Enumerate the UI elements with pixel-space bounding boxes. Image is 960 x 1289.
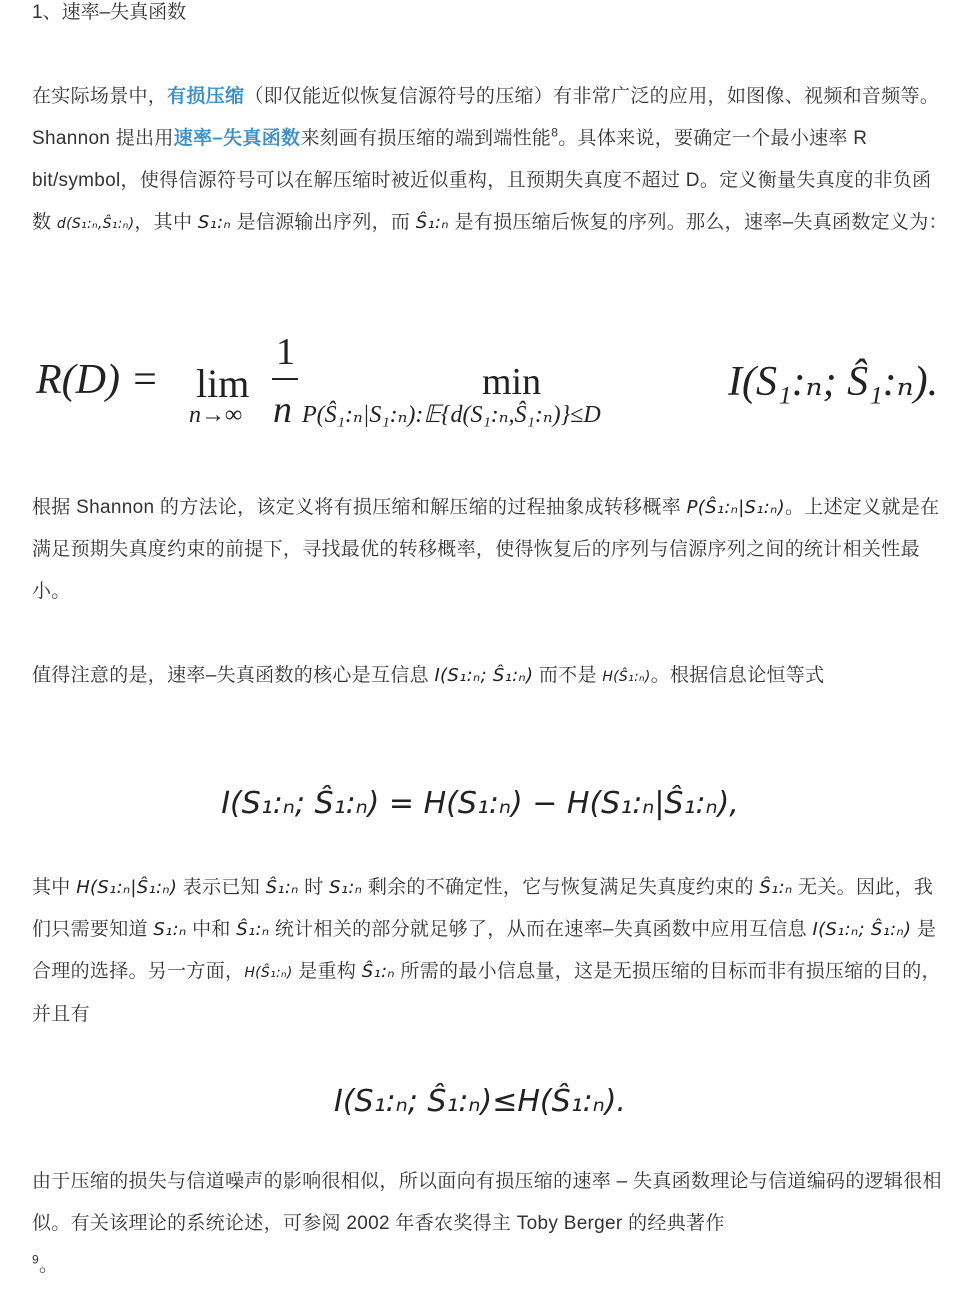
eq-frac-bar (272, 378, 298, 380)
section-heading: 1、速率–失真函数 (32, 0, 186, 26)
math-source-sequence: S₁:ₙ (198, 212, 231, 233)
text: 时 (299, 877, 329, 898)
math-distortion-function: d(S₁:ₙ,Ŝ₁:ₙ) (57, 216, 134, 232)
text: 。 (39, 1255, 58, 1276)
equation-identity: I(S₁:ₙ; Ŝ₁:ₙ) = H(S₁:ₙ) − H(S₁:ₙ|Ŝ₁:ₙ), (0, 786, 960, 821)
eq-lim: lim (196, 360, 249, 407)
text: 中和 (186, 919, 236, 940)
math-reconstructed-sequence: Ŝ₁:ₙ (236, 919, 269, 940)
paragraph-mutual-information: 值得注意的是，速率–失真函数的核心是互信息 I(S₁:ₙ; Ŝ₁:ₙ) 而不是 … (32, 655, 948, 698)
math-mutual-information: I(S₁:ₙ; Ŝ₁:ₙ) (434, 665, 533, 686)
text: 是重构 (293, 961, 362, 982)
text: 统计相关的部分就足够了，从而在速率–失真函数中应用互信息 (269, 919, 812, 940)
math-conditional-entropy: H(S₁:ₙ|Ŝ₁:ₙ) (76, 877, 177, 898)
math-source-sequence: S₁:ₙ (329, 877, 362, 898)
text: 由于压缩的损失与信道噪声的影响很相似，所以面向有损压缩的速率 – 失真函数理论与… (32, 1171, 942, 1234)
text: 剩余的不确定性，它与恢复满足失真度约束的 (362, 877, 759, 898)
eq-frac-den: n (273, 388, 292, 432)
text: 。根据信息论恒等式 (651, 665, 825, 686)
footnote-ref-9[interactable]: 9 (32, 1253, 39, 1267)
paragraph-channel-coding-analogy: 由于压缩的损失与信道噪声的影响很相似，所以面向有损压缩的速率 – 失真函数理论与… (32, 1161, 948, 1287)
equation-inequality: I(S₁:ₙ; Ŝ₁:ₙ)≤H(Ŝ₁:ₙ). (0, 1084, 960, 1119)
eq-lim-sub: n→∞ (189, 402, 242, 429)
text: 来刻画有损压缩的端到端性能 (300, 128, 551, 149)
text: 表示已知 (177, 877, 265, 898)
eq-frac-num: 1 (276, 330, 295, 374)
math-source-sequence: S₁:ₙ (153, 919, 186, 940)
paragraph-transition-probability: 根据 Shannon 的方法论，该定义将有损压缩和解压缩的过程抽象成转移概率 P… (32, 487, 948, 613)
paragraph-intro: 在实际场景中，有损压缩（即仅能近似恢复信源符号的压缩）有非常广泛的应用，如图像、… (32, 76, 948, 245)
eq-rhs: I(S₁:ₙ; Ŝ₁:ₙ). (728, 356, 938, 406)
equation-rate-distortion: R(D) = lim n→∞ 1 n min P(Ŝ₁:ₙ|S₁:ₙ):𝔼{d(… (36, 330, 956, 440)
paragraph-conditional-entropy: 其中 H(S₁:ₙ|Ŝ₁:ₙ) 表示已知 Ŝ₁:ₙ 时 S₁:ₙ 剩余的不确定性… (32, 867, 948, 1036)
eq-lhs: R(D) = (36, 356, 159, 404)
highlight-rate-distortion-function: 速率–失真函数 (174, 128, 301, 149)
text: 值得注意的是，速率–失真函数的核心是互信息 (32, 665, 434, 686)
math-reconstructed-sequence: Ŝ₁:ₙ (759, 877, 792, 898)
math-reconstructed-sequence: Ŝ₁:ₙ (362, 961, 395, 982)
eq-min: min (482, 360, 541, 404)
text: 根据 Shannon 的方法论，该定义将有损压缩和解压缩的过程抽象成转移概率 (32, 497, 687, 518)
math-reconstructed-sequence: Ŝ₁:ₙ (416, 212, 449, 233)
math-entropy-reconstruction: H(Ŝ₁:ₙ) (244, 965, 292, 981)
text: ，其中 (134, 212, 197, 233)
math-reconstructed-sequence: Ŝ₁:ₙ (266, 877, 299, 898)
math-entropy-reconstruction: H(Ŝ₁:ₙ) (602, 669, 650, 685)
eq-min-sub: P(Ŝ₁:ₙ|S₁:ₙ):𝔼{d(S₁:ₙ,Ŝ₁:ₙ)}≤D (302, 400, 601, 429)
text: 其中 (32, 877, 76, 898)
text: 是信源输出序列，而 (231, 212, 416, 233)
text: 而不是 (533, 665, 602, 686)
text: 是有损压缩后恢复的序列。那么，速率–失真函数定义为： (449, 212, 948, 233)
math-transition-probability: P(Ŝ₁:ₙ|S₁:ₙ) (687, 497, 785, 518)
math-mutual-information: I(S₁:ₙ; Ŝ₁:ₙ) (812, 919, 911, 940)
highlight-lossy-compression: 有损压缩 (167, 86, 244, 107)
text: 在实际场景中， (32, 86, 167, 107)
